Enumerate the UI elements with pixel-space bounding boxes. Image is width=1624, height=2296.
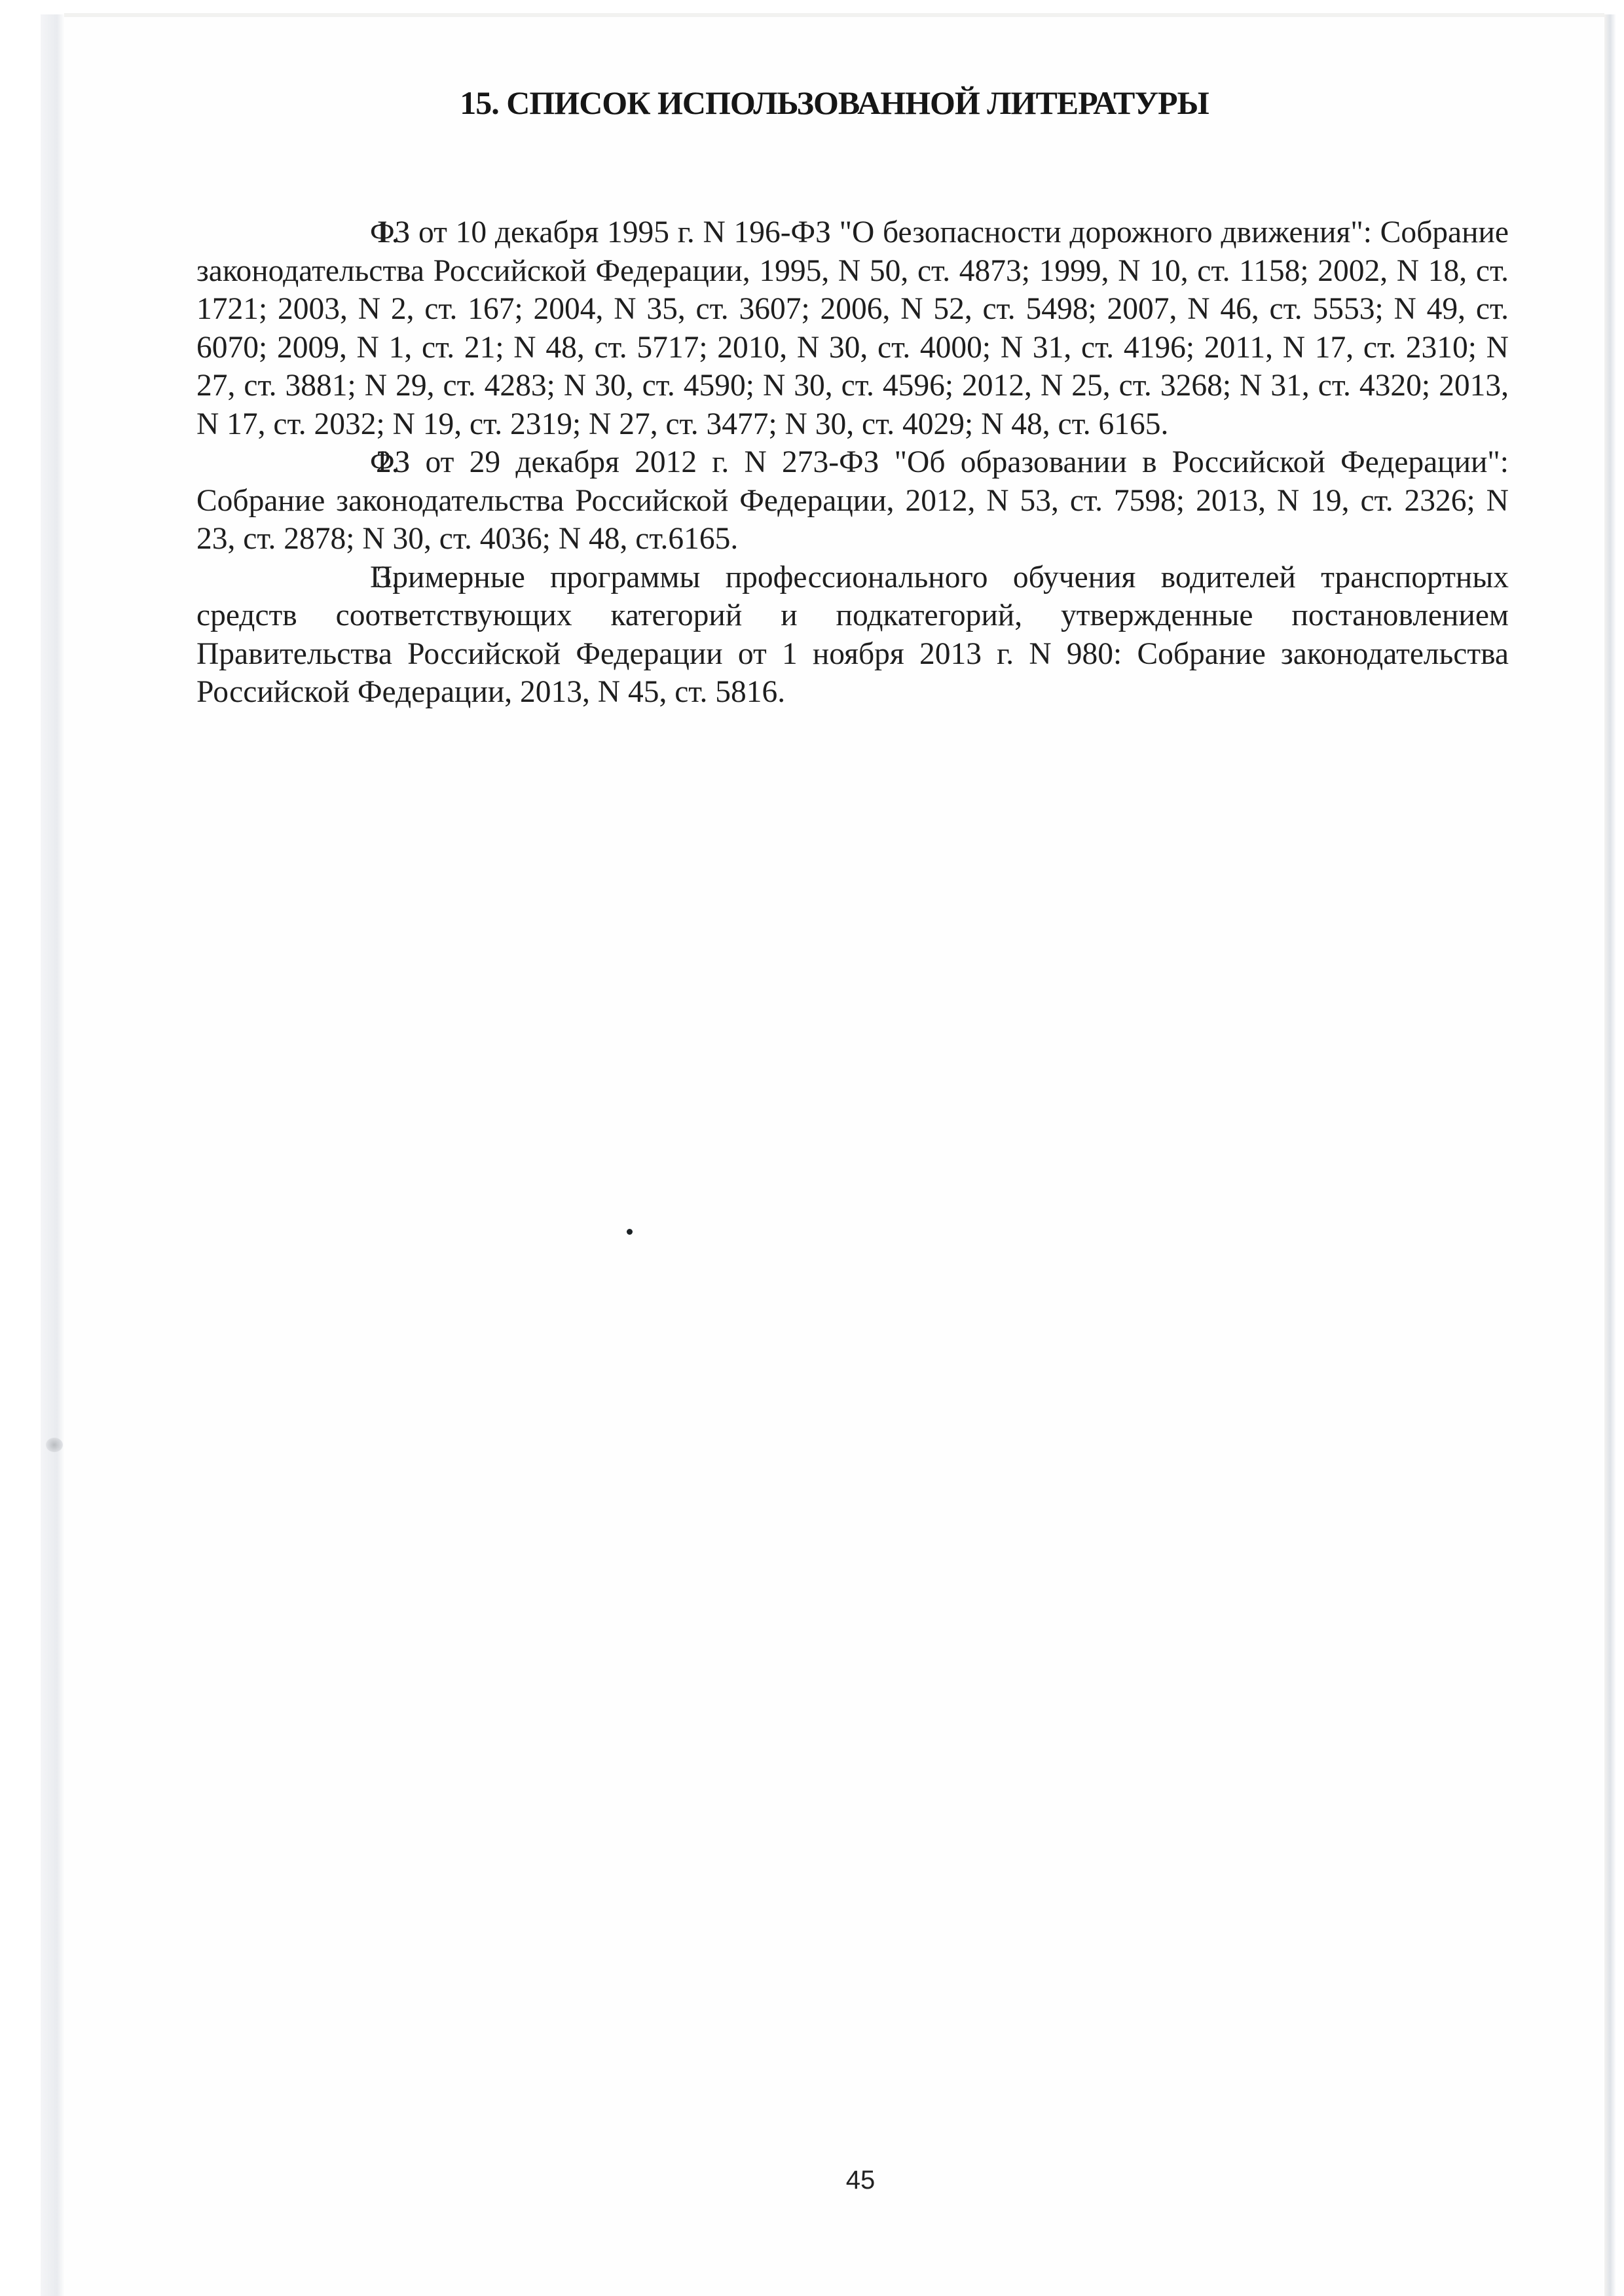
reference-text: ФЗ от 10 декабря 1995 г. N 196-ФЗ "О без… — [196, 215, 1509, 441]
reference-item: 1.ФЗ от 10 декабря 1995 г. N 196-ФЗ "О б… — [196, 213, 1509, 443]
reference-text: ФЗ от 29 декабря 2012 г. N 273-ФЗ "Об об… — [196, 445, 1509, 556]
reference-number: 1. — [286, 213, 370, 252]
punch-hole-mark — [46, 1438, 63, 1452]
scan-edge-right — [1604, 14, 1616, 2296]
reference-list: 1.ФЗ от 10 декабря 1995 г. N 196-ФЗ "О б… — [196, 213, 1509, 712]
reference-item: 3.Примерные программы профессионального … — [196, 558, 1509, 712]
document-page: 15. СПИСОК ИСПОЛЬЗОВАННОЙ ЛИТЕРАТУРЫ 1.Ф… — [64, 17, 1604, 2296]
page-number: 45 — [64, 2166, 1604, 2195]
reference-number: 3. — [286, 558, 370, 597]
scan-edge-left — [41, 14, 64, 2296]
reference-number: 2. — [286, 443, 370, 482]
reference-item: 2.ФЗ от 29 декабря 2012 г. N 273-ФЗ "Об … — [196, 443, 1509, 558]
reference-text: Примерные программы профессионального об… — [196, 560, 1509, 710]
section-title: 15. СПИСОК ИСПОЛЬЗОВАННОЙ ЛИТЕРАТУРЫ — [64, 84, 1604, 122]
scan-speck — [627, 1229, 633, 1235]
